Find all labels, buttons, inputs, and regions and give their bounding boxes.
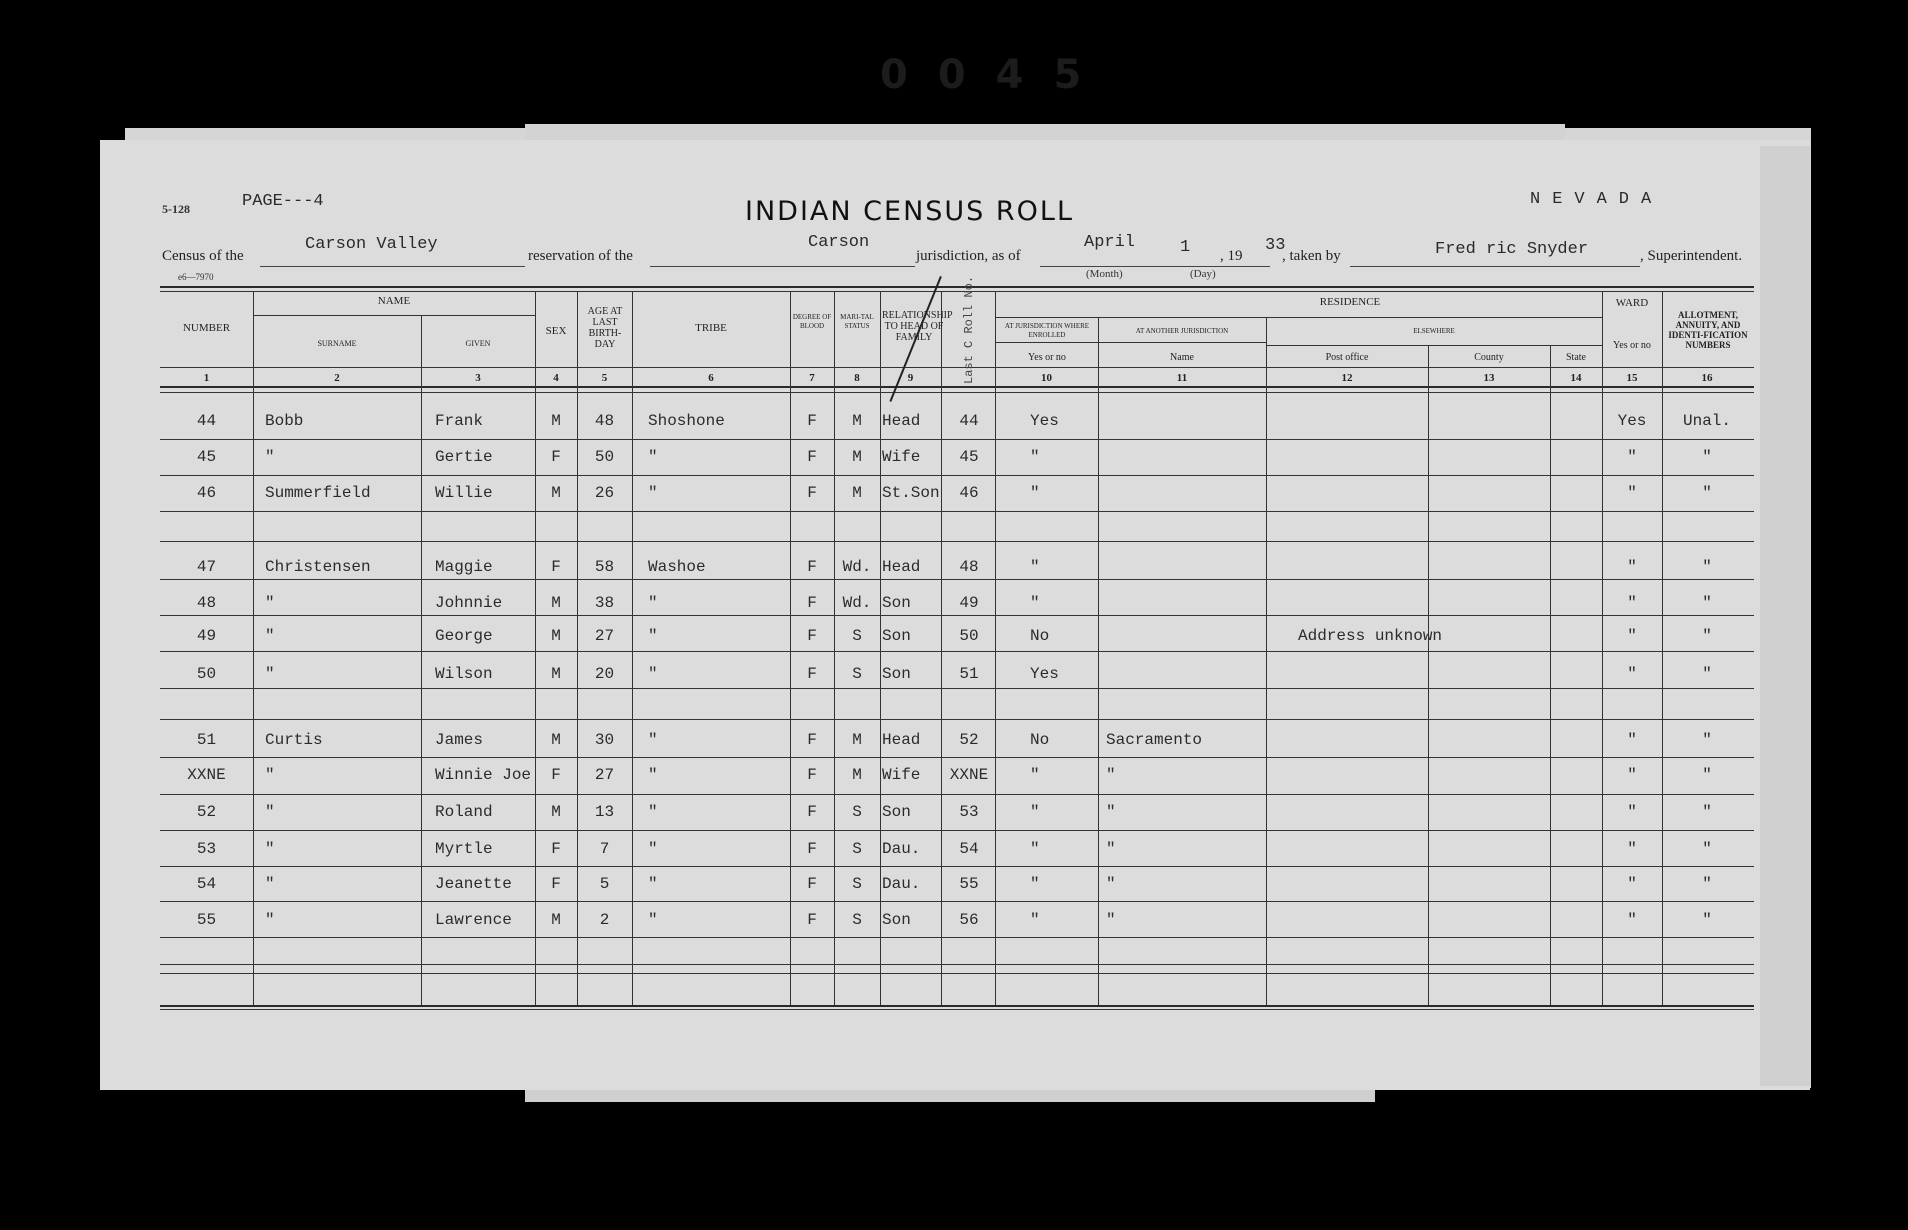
cell-tribe: " — [648, 840, 790, 858]
header-allotment: ALLOTMENT, ANNUITY, AND IDENTI-FICATION … — [1664, 310, 1752, 350]
cell-blood: F — [790, 558, 834, 576]
cell-another: " — [1106, 766, 1266, 784]
cell-at-jurisdiction: " — [1030, 840, 1098, 858]
cell-number: 48 — [160, 594, 253, 612]
cell-ward: " — [1602, 766, 1662, 784]
cell-relationship: Son — [882, 594, 942, 612]
cell-at-jurisdiction: " — [1030, 594, 1098, 612]
cell-blood: F — [790, 731, 834, 749]
census-of-value: Carson Valley — [305, 235, 438, 254]
cell-allotment: " — [1662, 448, 1752, 466]
cell-marital: Wd. — [834, 558, 880, 576]
header-tribe: TRIBE — [632, 323, 790, 334]
cell-another: " — [1106, 875, 1266, 893]
cell-relationship: St.Son — [882, 484, 942, 502]
header-name: NAME — [253, 296, 535, 307]
column-number: 3 — [421, 372, 535, 384]
cell-ward: " — [1602, 448, 1662, 466]
cell-surname: " — [265, 594, 421, 612]
cell-age: 27 — [577, 766, 632, 784]
reservation-label: reservation of the — [528, 248, 633, 265]
cell-relationship: Son — [882, 803, 942, 821]
cell-given: Willie — [435, 484, 535, 502]
cell-last-roll: 51 — [943, 665, 995, 683]
cell-allotment: " — [1662, 484, 1752, 502]
cell-age: 26 — [577, 484, 632, 502]
cell-relationship: Head — [882, 412, 942, 430]
cell-blood: F — [790, 665, 834, 683]
column-number: 1 — [160, 372, 253, 384]
cell-blood: F — [790, 448, 834, 466]
cell-given: Myrtle — [435, 840, 535, 858]
cell-ward: " — [1602, 594, 1662, 612]
cell-at-jurisdiction: " — [1030, 558, 1098, 576]
cell-allotment: " — [1662, 558, 1752, 576]
cell-at-jurisdiction: " — [1030, 875, 1098, 893]
census-of-label: Census of the — [162, 248, 244, 265]
cell-given: James — [435, 731, 535, 749]
form-title: INDIAN CENSUS ROLL — [745, 196, 1074, 227]
cell-surname: " — [265, 448, 421, 466]
cell-number: 52 — [160, 803, 253, 821]
cell-allotment: " — [1662, 803, 1752, 821]
cell-sex: F — [535, 558, 577, 576]
cell-at-jurisdiction: " — [1030, 911, 1098, 929]
cell-at-jurisdiction: Yes — [1030, 665, 1098, 683]
cell-allotment: " — [1662, 665, 1752, 683]
month-value: April — [1084, 233, 1135, 252]
cell-number: 54 — [160, 875, 253, 893]
cell-last-roll: 46 — [943, 484, 995, 502]
header-yes-or-no: Yes or no — [997, 352, 1097, 363]
taken-by-label: , taken by — [1282, 248, 1341, 265]
cell-allotment: " — [1662, 911, 1752, 929]
cell-marital: M — [834, 766, 880, 784]
state-label: NEVADA — [1530, 190, 1663, 209]
column-number: 14 — [1550, 372, 1602, 384]
cell-ward: " — [1602, 484, 1662, 502]
cell-last-roll: 49 — [943, 594, 995, 612]
cell-sex: M — [535, 484, 577, 502]
header-given: GIVEN — [421, 338, 535, 349]
page-label: PAGE---4 — [242, 192, 324, 211]
cell-number: 50 — [160, 665, 253, 683]
cell-tribe: " — [648, 665, 790, 683]
cell-surname: " — [265, 875, 421, 893]
cell-allotment: Unal. — [1662, 412, 1752, 430]
cell-marital: S — [834, 665, 880, 683]
cell-number: 46 — [160, 484, 253, 502]
header-state: State — [1550, 352, 1602, 363]
cell-last-roll: 55 — [943, 875, 995, 893]
column-number: 9 — [880, 372, 941, 384]
cell-given: Frank — [435, 412, 535, 430]
cell-ward: " — [1602, 911, 1662, 929]
cell-marital: S — [834, 803, 880, 821]
cell-allotment: " — [1662, 731, 1752, 749]
header-elsewhere: ELSEWHERE — [1266, 326, 1602, 337]
cell-marital: S — [834, 875, 880, 893]
cell-age: 38 — [577, 594, 632, 612]
cell-marital: Wd. — [834, 594, 880, 612]
paper-top-edge — [525, 124, 1565, 140]
cell-allotment: " — [1662, 594, 1752, 612]
header-post-office: Post office — [1266, 352, 1428, 363]
cell-surname: " — [265, 766, 421, 784]
cell-tribe: " — [648, 731, 790, 749]
day-caption: (Day) — [1190, 268, 1216, 280]
cell-age: 5 — [577, 875, 632, 893]
superintendent-label: , Superintendent. — [1640, 248, 1742, 265]
cell-allotment: " — [1662, 875, 1752, 893]
cell-last-roll: 52 — [943, 731, 995, 749]
cell-age: 30 — [577, 731, 632, 749]
column-number: 10 — [995, 372, 1098, 384]
cell-relationship: Dau. — [882, 875, 942, 893]
header-relationship: RELATIONSHIP TO HEAD OF FAMILY — [882, 310, 946, 343]
cell-ward: " — [1602, 840, 1662, 858]
cell-allotment: " — [1662, 840, 1752, 858]
cell-ward: " — [1602, 803, 1662, 821]
cell-age: 20 — [577, 665, 632, 683]
cell-tribe: " — [648, 875, 790, 893]
column-number: 6 — [632, 372, 790, 384]
cell-at-jurisdiction: No — [1030, 627, 1098, 645]
header-marital-status: MARI-TAL STATUS — [836, 313, 878, 331]
cell-tribe: " — [648, 766, 790, 784]
cell-age: 50 — [577, 448, 632, 466]
cell-relationship: Wife — [882, 448, 942, 466]
cell-last-roll: XXNE — [943, 766, 995, 784]
cell-age: 27 — [577, 627, 632, 645]
cell-relationship: Son — [882, 627, 942, 645]
cell-last-roll: 44 — [943, 412, 995, 430]
cell-marital: M — [834, 731, 880, 749]
cell-blood: F — [790, 484, 834, 502]
cell-number: 51 — [160, 731, 253, 749]
cell-marital: S — [834, 840, 880, 858]
cell-given: Wilson — [435, 665, 535, 683]
day-value: 1 — [1180, 238, 1190, 257]
cell-blood: F — [790, 594, 834, 612]
column-number: 15 — [1602, 372, 1662, 384]
cell-age: 7 — [577, 840, 632, 858]
cell-sex: M — [535, 911, 577, 929]
cell-surname: " — [265, 627, 421, 645]
cell-last-roll: 45 — [943, 448, 995, 466]
column-number: 12 — [1266, 372, 1428, 384]
cell-number: XXNE — [160, 766, 253, 784]
paper-right-edge — [1760, 146, 1810, 1086]
cell-at-jurisdiction: " — [1030, 803, 1098, 821]
cell-sex: F — [535, 875, 577, 893]
cell-surname: Summerfield — [265, 484, 421, 502]
cell-allotment: " — [1662, 627, 1752, 645]
cell-blood: F — [790, 911, 834, 929]
cell-ward: " — [1602, 875, 1662, 893]
cell-number: 44 — [160, 412, 253, 430]
cell-relationship: Son — [882, 911, 942, 929]
cell-surname: " — [265, 803, 421, 821]
header-age: AGE AT LAST BIRTH-DAY — [580, 306, 630, 350]
column-number: 5 — [577, 372, 632, 384]
cell-blood: F — [790, 766, 834, 784]
cell-ward: " — [1602, 558, 1662, 576]
cell-sex: F — [535, 766, 577, 784]
header-sex: SEX — [535, 326, 577, 337]
header-another-name: Name — [1098, 352, 1266, 363]
column-number: 16 — [1662, 372, 1752, 384]
header-surname: SURNAME — [253, 338, 421, 349]
column-number: 13 — [1428, 372, 1550, 384]
cell-tribe: Washoe — [648, 558, 790, 576]
cell-at-jurisdiction: " — [1030, 484, 1098, 502]
cell-tribe: Shoshone — [648, 412, 790, 430]
cell-sex: M — [535, 627, 577, 645]
cell-at-jurisdiction: " — [1030, 448, 1098, 466]
jurisdiction-label: jurisdiction, as of — [916, 248, 1021, 265]
cell-blood: F — [790, 875, 834, 893]
cell-blood: F — [790, 840, 834, 858]
cell-number: 47 — [160, 558, 253, 576]
cell-age: 58 — [577, 558, 632, 576]
cell-age: 2 — [577, 911, 632, 929]
cell-marital: M — [834, 412, 880, 430]
cell-number: 49 — [160, 627, 253, 645]
cell-another: " — [1106, 911, 1266, 929]
cell-at-jurisdiction: No — [1030, 731, 1098, 749]
cell-tribe: " — [648, 594, 790, 612]
cell-another: " — [1106, 803, 1266, 821]
cell-given: Winnie Joe — [435, 766, 535, 784]
cell-age: 13 — [577, 803, 632, 821]
column-number: 8 — [834, 372, 880, 384]
cell-another: Sacramento — [1106, 731, 1266, 749]
cell-surname: Curtis — [265, 731, 421, 749]
cell-last-roll: 48 — [943, 558, 995, 576]
header-ward-yes-no: Yes or no — [1602, 340, 1662, 351]
header-last-roll-no: Last C Roll No. — [962, 276, 976, 384]
cell-at-jurisdiction: Yes — [1030, 412, 1098, 430]
cell-last-roll: 56 — [943, 911, 995, 929]
column-number: 4 — [535, 372, 577, 384]
cell-last-roll: 50 — [943, 627, 995, 645]
print-code: e6—7970 — [178, 272, 214, 282]
cell-relationship: Dau. — [882, 840, 942, 858]
cell-last-roll: 54 — [943, 840, 995, 858]
cell-given: Jeanette — [435, 875, 535, 893]
cell-blood: F — [790, 627, 834, 645]
cell-sex: M — [535, 665, 577, 683]
cell-surname: " — [265, 911, 421, 929]
cell-sex: M — [535, 731, 577, 749]
cell-tribe: " — [648, 803, 790, 821]
cell-age: 48 — [577, 412, 632, 430]
column-number: 7 — [790, 372, 834, 384]
cell-relationship: Wife — [882, 766, 942, 784]
cell-at-jurisdiction: " — [1030, 766, 1098, 784]
cell-sex: M — [535, 803, 577, 821]
cell-given: George — [435, 627, 535, 645]
cell-tribe: " — [648, 448, 790, 466]
cell-given: Johnnie — [435, 594, 535, 612]
header-degree-of-blood: DEGREE OF BLOOD — [792, 313, 832, 331]
cell-ward: " — [1602, 627, 1662, 645]
form-number: 5-128 — [162, 202, 190, 217]
month-caption: (Month) — [1086, 268, 1123, 280]
cell-sex: M — [535, 412, 577, 430]
cell-sex: M — [535, 594, 577, 612]
cell-given: Lawrence — [435, 911, 535, 929]
cell-relationship: Son — [882, 665, 942, 683]
cell-number: 45 — [160, 448, 253, 466]
cell-relationship: Head — [882, 731, 942, 749]
year-prefix: , 19 — [1220, 248, 1243, 265]
cell-marital: M — [834, 448, 880, 466]
cell-ward: Yes — [1602, 412, 1662, 430]
cell-given: Gertie — [435, 448, 535, 466]
cell-number: 55 — [160, 911, 253, 929]
cell-number: 53 — [160, 840, 253, 858]
cell-last-roll: 53 — [943, 803, 995, 821]
cell-surname: Bobb — [265, 412, 421, 430]
header-number: NUMBER — [160, 323, 253, 334]
taken-by-value: Fred ric Snyder — [1435, 240, 1588, 259]
column-number: 2 — [253, 372, 421, 384]
cell-post-office: Address unknown — [1298, 627, 1558, 645]
cell-marital: M — [834, 484, 880, 502]
cell-given: Maggie — [435, 558, 535, 576]
cell-tribe: " — [648, 627, 790, 645]
column-number: 11 — [1098, 372, 1266, 384]
header-county: County — [1428, 352, 1550, 363]
microfilm-frame-number: 0045 — [880, 52, 1111, 98]
header-at-another-jurisdiction: AT ANOTHER JURISDICTION — [1098, 326, 1266, 337]
cell-surname: " — [265, 665, 421, 683]
cell-blood: F — [790, 412, 834, 430]
header-at-jurisdiction: AT JURISDICTION WHERE ENROLLED — [997, 322, 1097, 340]
cell-given: Roland — [435, 803, 535, 821]
cell-marital: S — [834, 627, 880, 645]
cell-relationship: Head — [882, 558, 942, 576]
cell-sex: F — [535, 448, 577, 466]
header-ward: WARD — [1602, 298, 1662, 309]
header-residence: RESIDENCE — [1098, 297, 1602, 308]
cell-blood: F — [790, 803, 834, 821]
reservation-value: Carson — [808, 233, 869, 252]
cell-surname: Christensen — [265, 558, 421, 576]
cell-tribe: " — [648, 911, 790, 929]
cell-surname: " — [265, 840, 421, 858]
cell-marital: S — [834, 911, 880, 929]
cell-ward: " — [1602, 665, 1662, 683]
cell-ward: " — [1602, 731, 1662, 749]
cell-another: " — [1106, 840, 1266, 858]
cell-sex: F — [535, 840, 577, 858]
cell-allotment: " — [1662, 766, 1752, 784]
cell-tribe: " — [648, 484, 790, 502]
